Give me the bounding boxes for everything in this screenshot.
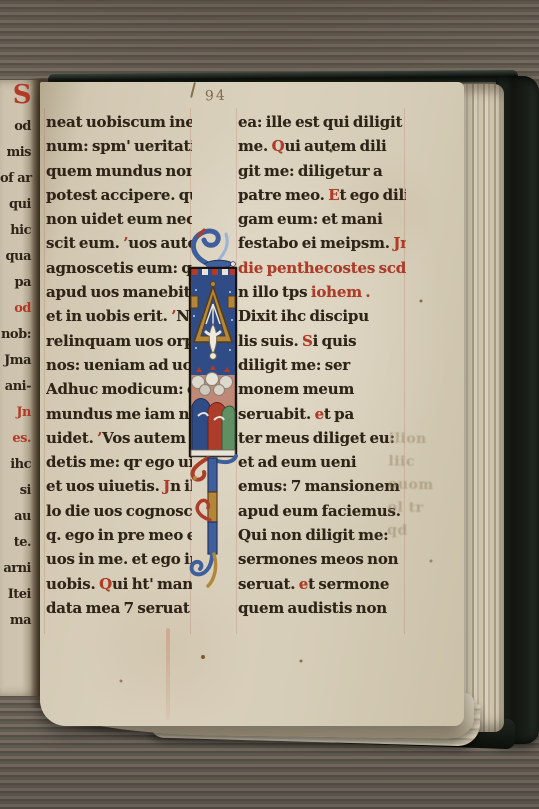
manuscript-text-line: monem meum	[238, 377, 406, 401]
manuscript-text-line: uos in me. et ego in	[46, 547, 192, 571]
show-through-line: qd	[387, 519, 451, 543]
manuscript-text-line: quem mundus non	[46, 159, 192, 183]
folio-number: 94	[205, 88, 227, 105]
manuscript-text-line: data mea 7 seruat	[46, 596, 192, 620]
body-text: ui ht' man	[112, 575, 192, 593]
manuscript-text-line: emus: 7 mansionem	[238, 474, 406, 498]
body-text: uidet.	[46, 429, 97, 447]
rubric-text: Jn	[393, 234, 406, 252]
manuscript-text-line: die penthecostes scdm	[238, 256, 406, 280]
manuscript-text-line: apud eum faciemus.	[238, 499, 406, 523]
initial-tail-flourish	[192, 456, 237, 586]
body-text: emus: 7 mansionem	[238, 477, 400, 495]
manuscript-text-line: patre meo. Et ego dili	[238, 183, 406, 207]
body-text: diligit me: ser	[238, 356, 350, 374]
body-text: num: spm' ueritatis	[46, 137, 192, 155]
manuscript-text-line: num: spm' ueritatis	[46, 134, 192, 158]
manuscript-text-line: detis me: qr ego uiuo	[46, 450, 192, 474]
body-text: uos in me. et ego in	[46, 550, 192, 568]
show-through-line: liic	[388, 450, 452, 474]
body-text: mundus me iam n'	[46, 405, 192, 423]
manuscript-text-line: Dixit ihc discipu	[238, 304, 406, 328]
body-text: apud eum faciemus.	[238, 502, 401, 520]
body-text: et uos uiuetis.	[46, 477, 163, 495]
body-text: seruat.	[238, 575, 299, 593]
show-through-line: ouom	[388, 473, 452, 497]
body-text: monem meum	[238, 380, 354, 398]
body-text: me.	[238, 137, 272, 155]
manuscript-text-line: non uidet eum nec	[46, 207, 192, 231]
manuscript-text-line: potest accipere. quia	[46, 183, 192, 207]
body-text: et ad eum ueni	[238, 453, 356, 471]
body-text: t pa	[324, 405, 354, 423]
body-text: git me: diligetur a	[238, 162, 383, 180]
body-text: Dixit ihc discipu	[238, 307, 369, 325]
manuscript-text-line: et ad eum ueni	[238, 450, 406, 474]
body-text: t sermone	[308, 575, 389, 593]
rubric-text: E	[328, 186, 339, 204]
text-column-right: ea: ille est qui diligitme. Qui autem di…	[238, 110, 406, 620]
body-text: neat uobiscum inet'	[46, 113, 192, 131]
manuscript-text-line: seruabit. et pa	[238, 402, 406, 426]
body-text: t ego dili	[339, 186, 406, 204]
ink-specks	[0, 0, 2, 2]
body-text: quem audistis non	[238, 599, 387, 617]
manuscript-text-line: gam eum: et mani	[238, 207, 406, 231]
manuscript-text-line: lo die uos cognoscetis	[46, 499, 192, 523]
rubric-text: Q	[272, 137, 285, 155]
body-text: patre meo.	[238, 186, 328, 204]
manuscript-text-line: apud uos manebit:	[46, 280, 192, 304]
manuscript-text-line: q. ego in pre meo et	[46, 523, 192, 547]
manuscript-text-line: diligit me: ser	[238, 353, 406, 377]
body-text: lis suis.	[238, 332, 302, 350]
ruling-line	[44, 108, 45, 634]
initial-miniature-panel	[190, 268, 236, 456]
manuscript-text-line: me. Qui autem dili	[238, 134, 406, 158]
manuscript-text-line: festabo ei meipsm. Jn	[238, 231, 406, 255]
text-column-left: neat uobiscum inet'num: spm' ueritatisqu…	[46, 110, 192, 620]
pink-offset-stain	[166, 628, 170, 720]
body-text: ea: ille est qui diligit	[238, 113, 402, 131]
body-text: relinquam uos orphn	[46, 332, 192, 350]
body-text: quem mundus non	[46, 162, 192, 180]
photograph-of-manuscript: { "folio": { "number": "94" }, "colors":…	[0, 0, 539, 809]
body-text: Adhuc modicum: et	[46, 380, 192, 398]
manuscript-text-line: seruat. et sermone	[238, 572, 406, 596]
manuscript-text-line: agnoscetis eum: qr	[46, 256, 192, 280]
manuscript-text-line: nos: ueniam ad uos.	[46, 353, 192, 377]
manuscript-text-line: mundus me iam n'	[46, 402, 192, 426]
body-text: uobis.	[46, 575, 99, 593]
body-text: uos autem	[128, 234, 192, 252]
body-text: gam eum: et mani	[238, 210, 383, 228]
manuscript-text-line: relinquam uos orphn	[46, 329, 192, 353]
manuscript-text-line: quem audistis non	[238, 596, 406, 620]
body-text: seruabit.	[238, 405, 315, 423]
body-text: non uidet eum nec	[46, 210, 192, 228]
manuscript-text-line: et uos uiuetis. Jn il	[46, 474, 192, 498]
body-text: nos: ueniam ad uos.	[46, 356, 192, 374]
body-text: apud uos manebit:	[46, 283, 192, 301]
body-text: Vos autem ui	[102, 429, 192, 447]
show-through-line: ol tr	[387, 496, 451, 520]
body-text: ui autem dili	[284, 137, 386, 155]
body-text: et in uobis erit.	[46, 307, 171, 325]
manuscript-text-line: ea: ille est qui diligit	[238, 110, 406, 134]
rubric-text: e	[299, 575, 308, 593]
body-text: festabo ei meipsm.	[238, 234, 393, 252]
manuscript-text-line: ter meus diliget eu:	[238, 426, 406, 450]
apostle-robes	[192, 399, 235, 453]
body-text: lo die uos cognoscetis	[46, 502, 192, 520]
manuscript-text-line: n illo tps iohem .	[238, 280, 406, 304]
manuscript-text-line: neat uobiscum inet'	[46, 110, 192, 134]
manuscript-text-line: git me: diligetur a	[238, 159, 406, 183]
rubric-text: Q	[99, 575, 112, 593]
body-text: potest accipere. quia	[46, 186, 192, 204]
body-text: data mea 7 seruat	[46, 599, 190, 617]
body-text: sermones meos non	[238, 550, 398, 568]
body-text: scit eum.	[46, 234, 123, 252]
body-text: i quis	[313, 332, 357, 350]
initial-top-flourish	[193, 230, 235, 269]
show-through-text: ilionliicouomol trqd	[387, 427, 453, 543]
manuscript-text-line: uobis. Qui ht' man	[46, 572, 192, 596]
manuscript-text-line: lis suis. Si quis	[238, 329, 406, 353]
manuscript-text-line: scit eum. ’uos autem	[46, 231, 192, 255]
body-text: Qui non diligit me:	[238, 526, 389, 544]
body-text: agnoscetis eum: qr	[46, 259, 192, 277]
show-through-line: ilion	[389, 427, 453, 451]
body-text: n illo tps	[238, 283, 311, 301]
manuscript-text-line: et in uobis erit. ’Non	[46, 304, 192, 328]
illuminated-initial-pentecost	[184, 220, 242, 588]
manuscript-text-line: Qui non diligit me:	[238, 523, 406, 547]
manuscript-text-line: sermones meos non	[238, 547, 406, 571]
rubric-text: S	[302, 332, 313, 350]
rubric-text: e	[315, 405, 324, 423]
rubric-text: die penthecostes scdm	[238, 259, 406, 277]
manuscript-text-line: Adhuc modicum: et	[46, 377, 192, 401]
rubric-text: iohem .	[311, 283, 371, 301]
manuscript-text-line: uidet. ’Vos autem ui	[46, 426, 192, 450]
body-text: q. ego in pre meo et	[46, 526, 192, 544]
body-text: ter meus diliget eu:	[238, 429, 395, 447]
body-text: detis me: qr ego uiuo	[46, 453, 192, 471]
